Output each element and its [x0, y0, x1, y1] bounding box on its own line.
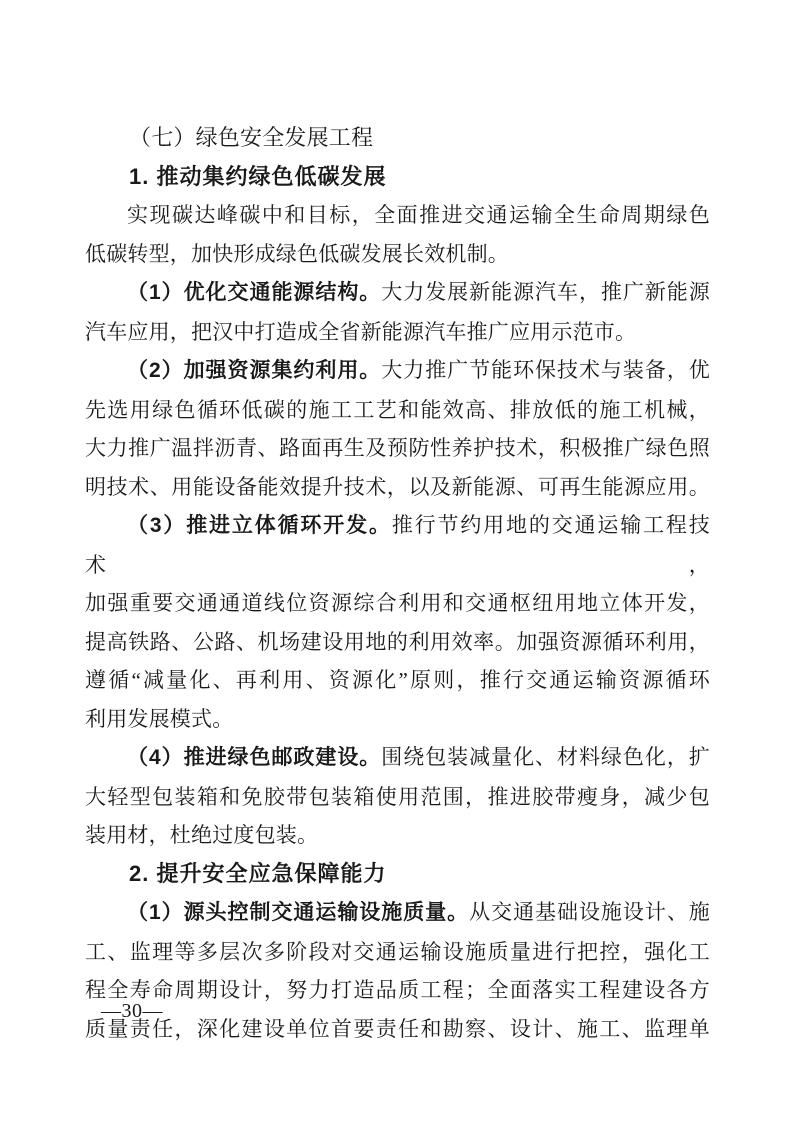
- text-line: 明技术、用能设备能效提升技术，以及新能源、可再生能源应用。: [85, 468, 710, 507]
- text-line: 大轻型包装箱和免胶带包装箱使用范围，推进胶带瘦身，减少包: [85, 778, 710, 817]
- body-text: 利用发展模式。: [85, 707, 233, 731]
- body-text: 大力推广节能环保技术与装备，优: [381, 358, 710, 382]
- text-line: （4）推进绿色邮政建设。围绕包装减量化、材料绿色化，扩: [85, 738, 710, 778]
- body-text: （七）绿色安全发展工程: [129, 125, 373, 150]
- body-text: 围绕包装减量化、材料绿色化，扩: [381, 745, 710, 769]
- text-line: 先选用绿色循环低碳的施工工艺和能效高、排放低的施工机械，: [85, 391, 710, 430]
- text-line: 遵循“减量化、再利用、资源化”原则，推行交通运输资源循环: [85, 661, 710, 700]
- paragraph: （2）加强资源集约利用。大力推广节能环保技术与装备，优先选用绿色循环低碳的施工工…: [85, 351, 710, 506]
- text-line: （1）优化交通能源结构。大力发展新能源汽车，推广新能源: [85, 273, 710, 313]
- text-line: 低碳转型，加快形成绿色低碳发展长效机制。: [85, 235, 710, 274]
- bold-lead-text: （1）优化交通能源结构。: [127, 281, 381, 304]
- text-line: 2. 提升安全应急保障能力: [85, 855, 710, 894]
- document-page: （七）绿色安全发展工程1. 推动集约绿色低碳发展实现碳达峰碳中和目标，全面推进交…: [0, 0, 793, 1122]
- body-text: 大力推广温拌沥青、路面再生及预防性养护技术，积极推广绿色照: [85, 436, 710, 460]
- paragraph: （1）源头控制交通运输设施质量。从交通基础设施设计、施工、监理等多层次多阶段对交…: [85, 893, 710, 1048]
- text-line: 工、监理等多层次多阶段对交通运输设施质量进行把控，强化工: [85, 933, 710, 972]
- num-heading: 1. 推动集约绿色低碳发展: [85, 158, 710, 197]
- bold-lead-text: （4）推进绿色邮政建设。: [127, 746, 381, 769]
- text-line: 加强重要交通通道线位资源综合利用和交通枢纽用地立体开发，: [85, 584, 710, 623]
- document-content: （七）绿色安全发展工程1. 推动集约绿色低碳发展实现碳达峰碳中和目标，全面推进交…: [85, 119, 710, 1048]
- text-line: （七）绿色安全发展工程: [85, 119, 710, 158]
- paragraph: 实现碳达峰碳中和目标，全面推进交通运输全生命周期绿色低碳转型，加快形成绿色低碳发…: [85, 196, 710, 273]
- body-text: 遵循“减量化、再利用、资源化”原则，推行交通运输资源循环: [85, 668, 710, 692]
- text-line: 质量责任，深化建设单位首要责任和勘察、设计、施工、监理单: [85, 1010, 710, 1049]
- text-line: 大力推广温拌沥青、路面再生及预防性养护技术，积极推广绿色照: [85, 429, 710, 468]
- text-line: （1）源头控制交通运输设施质量。从交通基础设施设计、施: [85, 893, 710, 933]
- text-line: 提高铁路、公路、机场建设用地的利用效率。加强资源循环利用，: [85, 623, 710, 662]
- body-text: 明技术、用能设备能效提升技术，以及新能源、可再生能源应用。: [85, 475, 710, 499]
- body-text: 大力发展新能源汽车，推广新能源: [381, 280, 710, 304]
- bold-lead-text: （3）推进立体循环开发。: [127, 514, 392, 537]
- text-line: 利用发展模式。: [85, 700, 710, 739]
- body-text: 质量责任，深化建设单位首要责任和勘察、设计、施工、监理单: [85, 1017, 710, 1041]
- body-text: 程全寿命周期设计，努力打造品质工程；全面落实工程建设各方: [85, 978, 710, 1002]
- bold-lead-text: （2）加强资源集约利用。: [127, 359, 381, 382]
- paragraph: （1）优化交通能源结构。大力发展新能源汽车，推广新能源汽车应用，把汉中打造成全省…: [85, 273, 710, 351]
- text-line: 汽车应用，把汉中打造成全省新能源汽车推广应用示范市。: [85, 313, 710, 352]
- page-number: —30—: [101, 996, 163, 1026]
- bold-lead-text: （1）源头控制交通运输设施质量。: [127, 901, 469, 924]
- body-text: 实现碳达峰碳中和目标，全面推进交通运输全生命周期绿色: [127, 203, 710, 227]
- paragraph: （3）推进立体循环开发。推行节约用地的交通运输工程技术，加强重要交通通道线位资源…: [85, 506, 710, 738]
- bold-lead-text: 1. 推动集约绿色低碳发展: [129, 164, 386, 189]
- bold-lead-text: 2. 提升安全应急保障能力: [129, 861, 386, 886]
- body-text: 加强重要交通通道线位资源综合利用和交通枢纽用地立体开发，: [85, 591, 710, 615]
- body-text: 大轻型包装箱和免胶带包装箱使用范围，推进胶带瘦身，减少包: [85, 785, 710, 809]
- text-line: （3）推进立体循环开发。推行节约用地的交通运输工程技术，: [85, 506, 710, 584]
- body-text: 从交通基础设施设计、施: [469, 900, 710, 924]
- body-text: 工、监理等多层次多阶段对交通运输设施质量进行把控，强化工: [85, 940, 710, 964]
- num-heading: 2. 提升安全应急保障能力: [85, 855, 710, 894]
- body-text: 装用材，杜绝过度包装。: [85, 823, 318, 847]
- body-text: 提高铁路、公路、机场建设用地的利用效率。加强资源循环利用，: [85, 630, 710, 654]
- body-text: 低碳转型，加快形成绿色低碳发展长效机制。: [85, 242, 509, 266]
- text-line: 实现碳达峰碳中和目标，全面推进交通运输全生命周期绿色: [85, 196, 710, 235]
- text-line: 程全寿命周期设计，努力打造品质工程；全面落实工程建设各方: [85, 971, 710, 1010]
- text-line: 装用材，杜绝过度包装。: [85, 816, 710, 855]
- paragraph: （4）推进绿色邮政建设。围绕包装减量化、材料绿色化，扩大轻型包装箱和免胶带包装箱…: [85, 738, 710, 855]
- text-line: 1. 推动集约绿色低碳发展: [85, 158, 710, 197]
- section-heading: （七）绿色安全发展工程: [85, 119, 710, 158]
- text-line: （2）加强资源集约利用。大力推广节能环保技术与装备，优: [85, 351, 710, 391]
- body-text: 汽车应用，把汉中打造成全省新能源汽车推广应用示范市。: [85, 320, 636, 344]
- body-text: 先选用绿色循环低碳的施工工艺和能效高、排放低的施工机械，: [85, 398, 710, 422]
